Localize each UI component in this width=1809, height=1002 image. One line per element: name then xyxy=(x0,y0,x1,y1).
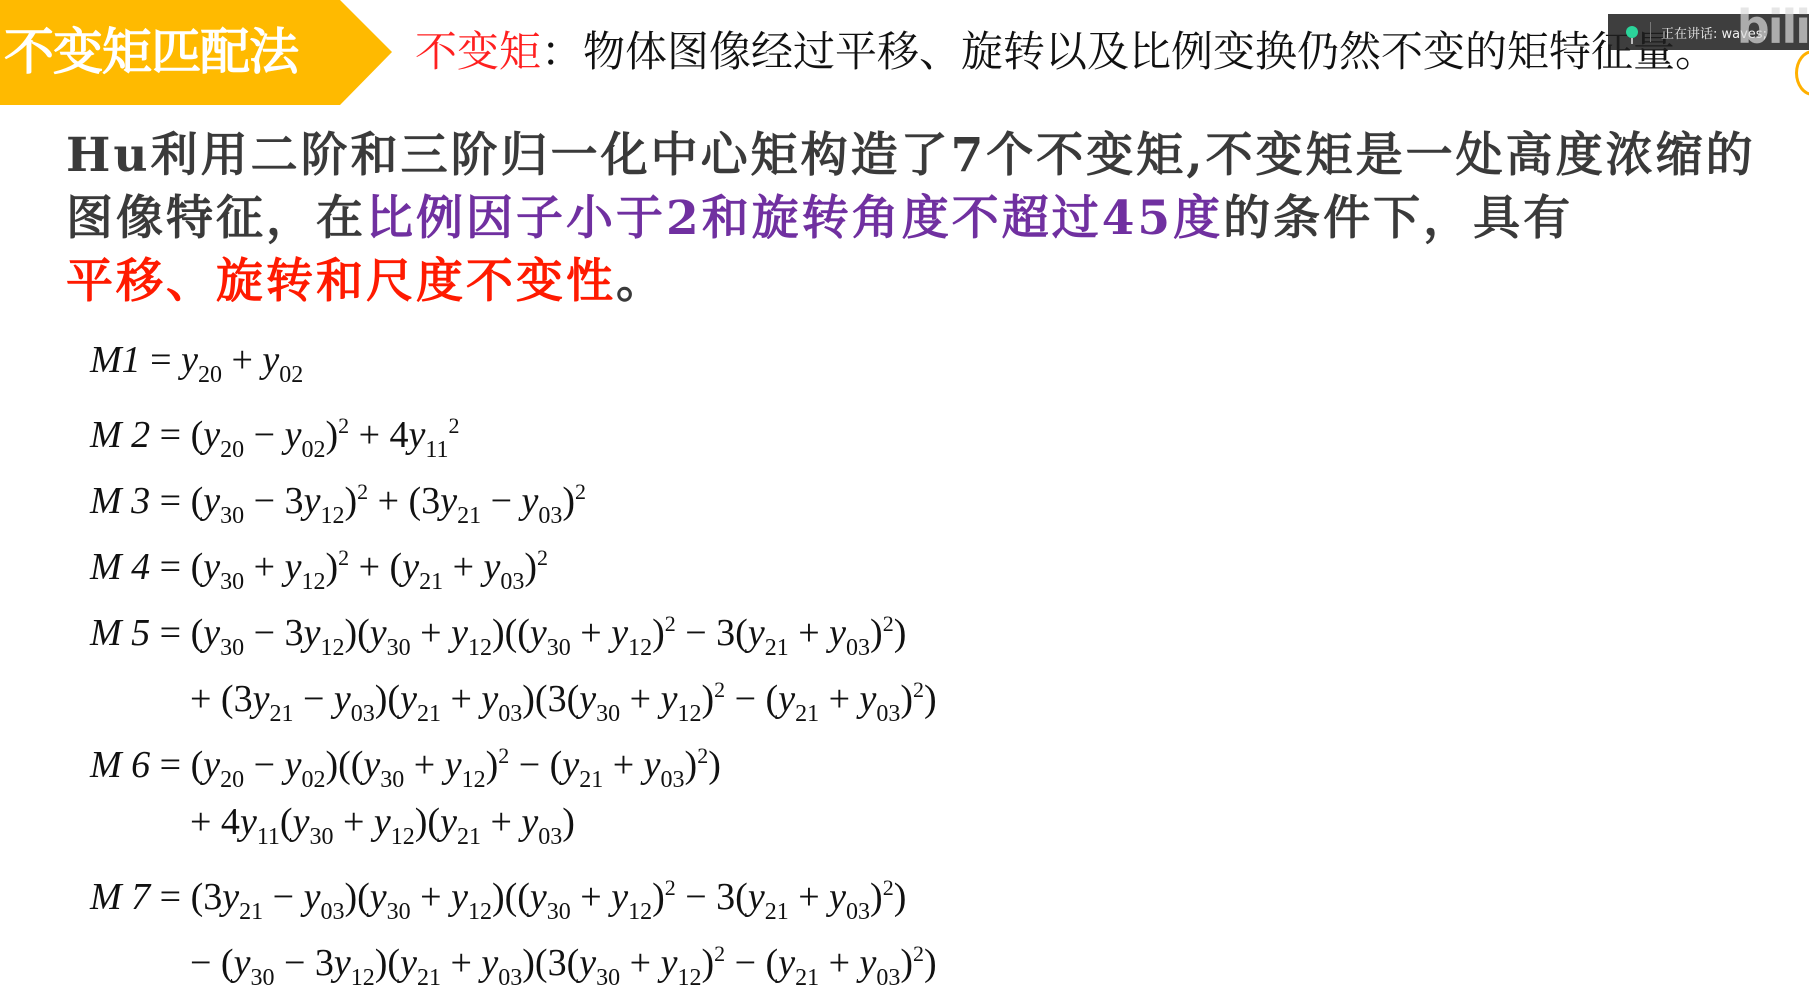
decorative-circle-icon xyxy=(1795,50,1809,96)
slide-title: 不变矩匹配法 xyxy=(4,20,298,84)
paragraph-end: 。 xyxy=(616,254,666,309)
microphone-icon xyxy=(1626,26,1638,38)
speaking-indicator: 正在讲话: waves; xyxy=(1608,14,1809,50)
definition-colon: ： xyxy=(541,27,583,76)
formula-label: M 7 xyxy=(90,876,150,918)
description-paragraph: Hu利用二阶和三阶归一化中心矩构造了7个不变矩,不变矩是一处高度浓缩的图像特征，… xyxy=(66,124,1786,313)
definition-text: 物体图像经过平移、旋转以及比例变换仍然不变的矩特征量。 xyxy=(583,27,1717,76)
definition-term: 不变矩 xyxy=(415,27,541,76)
formula-label: M 5 xyxy=(90,612,150,654)
formula-m7-continued: − (y30 − 3y12)(y21 + y03)(3(y30 + y12)2 … xyxy=(90,932,937,998)
paragraph-highlight-red: 平移、旋转和尺度不变性 xyxy=(66,254,616,309)
formula-label: M1 xyxy=(90,339,141,381)
definition-line: 不变矩：物体图像经过平移、旋转以及比例变换仍然不变的矩特征量。 xyxy=(415,24,1717,80)
overlay-divider xyxy=(1650,22,1651,42)
formula-label: M 4 xyxy=(90,546,150,588)
paragraph-text-2: 的条件下，具有 xyxy=(1223,191,1573,246)
hu-moments-formulas: M1 = y20 + y02 M 2 = (y20 − y02)2 + 4y11… xyxy=(90,338,937,998)
formula-label: M 3 xyxy=(90,480,150,522)
formula-m4: M 4 = (y30 + y12)2 + (y21 + y03)2 xyxy=(90,536,937,602)
paragraph-highlight-purple: 比例因子小于2和旋转角度不超过45度 xyxy=(366,191,1223,246)
formula-m6: M 6 = (y20 − y02)((y30 + y12)2 − (y21 + … xyxy=(90,734,937,800)
formula-m6-continued: + 4y11(y30 + y12)(y21 + y03) xyxy=(90,800,937,866)
formula-m1: M1 = y20 + y02 xyxy=(90,338,937,404)
formula-m2: M 2 = (y20 − y02)2 + 4y112 xyxy=(90,404,937,470)
formula-m5-continued: + (3y21 − y03)(y21 + y03)(3(y30 + y12)2 … xyxy=(90,668,937,734)
formula-label: M 6 xyxy=(90,744,150,786)
formula-m5: M 5 = (y30 − 3y12)(y30 + y12)((y30 + y12… xyxy=(90,602,937,668)
formula-m7: M 7 = (3y21 − y03)(y30 + y12)((y30 + y12… xyxy=(90,866,937,932)
formula-m3: M 3 = (y30 − 3y12)2 + (3y21 − y03)2 xyxy=(90,470,937,536)
formula-label: M 2 xyxy=(90,414,150,456)
speaking-label: 正在讲话: waves; xyxy=(1661,23,1767,42)
